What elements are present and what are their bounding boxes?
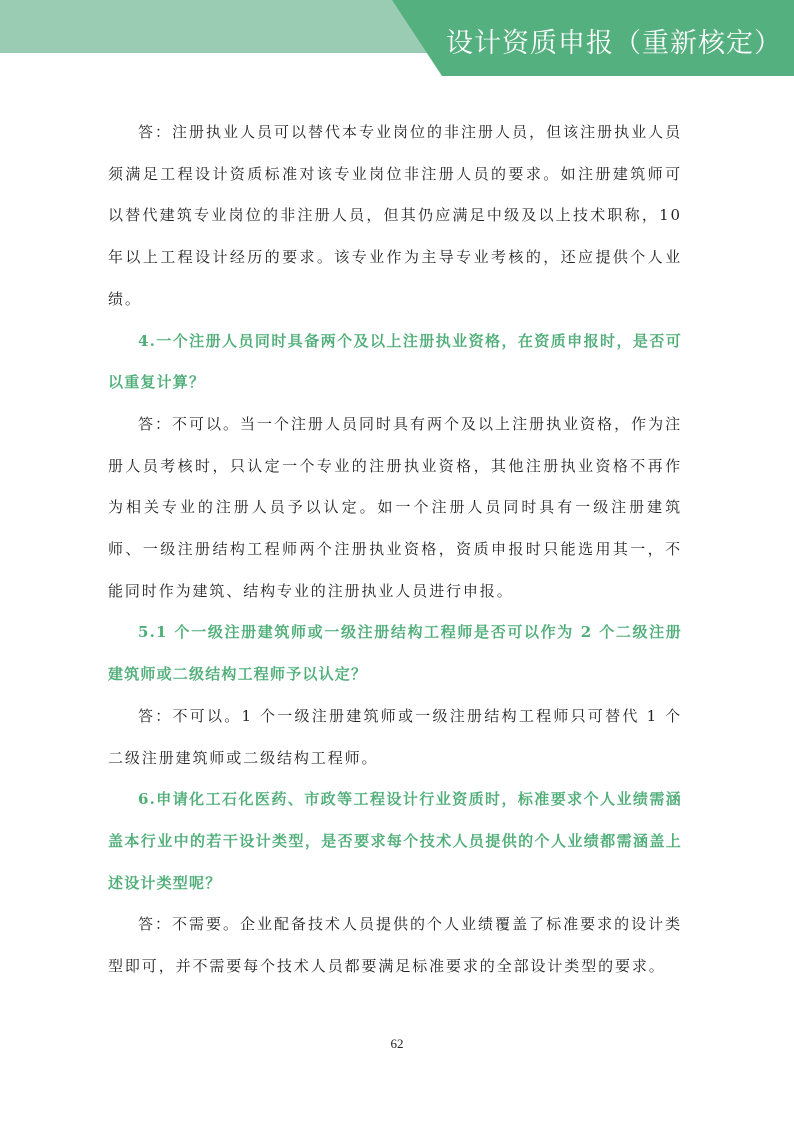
answer-paragraph: 答：不需要。企业配备技术人员提供的个人业绩覆盖了标准要求的设计类型即可，并不需要… bbox=[108, 904, 682, 987]
answer-paragraph: 答：不可以。当一个注册人员同时具有两个及以上注册执业资格，作为注册人员考核时，只… bbox=[108, 404, 682, 613]
question-heading-5: 5.1 个一级注册建筑师或一级注册结构工程师是否可以作为 2 个二级注册建筑师或… bbox=[108, 612, 682, 695]
document-body: 答：注册执业人员可以替代本专业岗位的非注册人员，但该注册执业人员须满足工程设计资… bbox=[108, 112, 682, 988]
answer-paragraph: 答：不可以。1 个一级注册建筑师或一级注册结构工程师只可替代 1 个二级注册建筑… bbox=[108, 696, 682, 779]
question-heading-4: 4.一个注册人员同时具备两个及以上注册执业资格，在资质申报时，是否可以重复计算？ bbox=[108, 321, 682, 404]
page-number: 62 bbox=[0, 1036, 794, 1052]
answer-paragraph: 答：注册执业人员可以替代本专业岗位的非注册人员，但该注册执业人员须满足工程设计资… bbox=[108, 112, 682, 321]
section-title: 设计资质申报（重新核定） bbox=[446, 26, 786, 62]
question-heading-6: 6.申请化工石化医药、市政等工程设计行业资质时，标准要求个人业绩需涵盖本行业中的… bbox=[108, 779, 682, 904]
